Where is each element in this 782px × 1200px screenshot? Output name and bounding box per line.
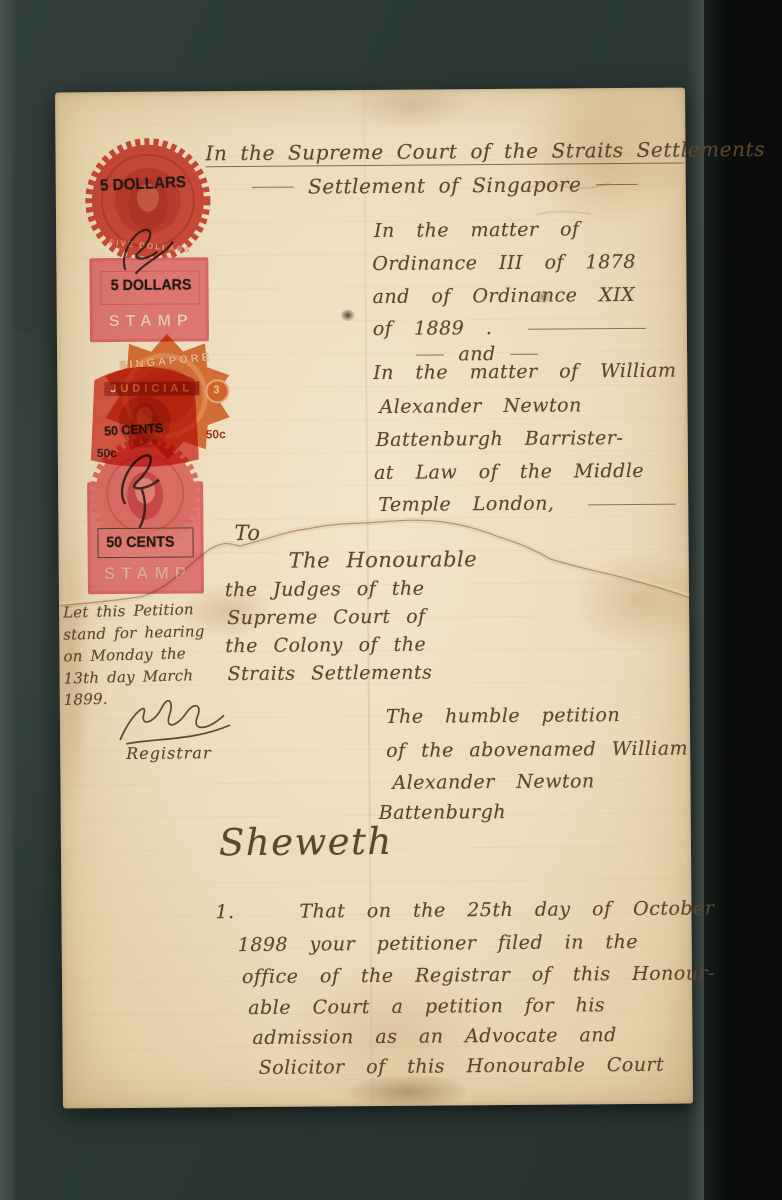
stamp-circle-number: 3	[213, 384, 219, 396]
matter1-line-3: and of Ordinance XIX	[373, 284, 636, 308]
para1-line-2: 1898 your petitioner filed in the	[238, 931, 639, 956]
ink-dash	[416, 354, 444, 355]
stamp-value-right: 50c	[206, 427, 226, 441]
matter2-line-5: Temple London,	[378, 492, 676, 516]
matter2-line-4: at Law of the Middle	[374, 460, 644, 484]
address-line-3: Supreme Court of	[227, 606, 426, 630]
stamp-overprint-50-cents-2: 50 CENTS	[106, 534, 174, 552]
margin-note-line-2: stand for hearing	[63, 622, 205, 644]
matter2-line-1: In the matter of William	[373, 360, 676, 384]
registrar-label: Registrar	[126, 743, 212, 763]
ink-rule-long	[528, 327, 646, 329]
margin-note-line-1: Let this Petition	[63, 600, 194, 621]
stamp-panel-label: STAMP	[109, 312, 194, 331]
title-line-2-text: Settlement of Singapore	[308, 172, 582, 198]
address-line-1: The Honourable	[289, 547, 478, 572]
para1-number: 1.	[215, 901, 234, 923]
ink-dash	[510, 353, 538, 354]
address-line-2: the Judges of the	[225, 578, 425, 602]
matter2-line-3: Battenburgh Barrister-	[376, 427, 624, 451]
to-word: To	[234, 521, 260, 545]
address-line-4: the Colony of the	[225, 634, 426, 658]
document-page: SINGAPORE 3 50c FIVE DOLLARS 5 DOLLARS 5…	[55, 88, 693, 1109]
petition-line-2: of the abovenamed William	[386, 738, 688, 762]
stamp-judicial-band: JUDICIAL	[104, 381, 199, 396]
matter1-line-4: of 1889 .	[373, 316, 646, 340]
para1-line-5: admission as an Advocate and	[252, 1024, 616, 1049]
margin-note-line-3: on Monday the	[63, 644, 186, 665]
petition-line-1: The humble petition	[386, 704, 620, 728]
para1-line-3: office of the Registrar of this Honour-	[242, 962, 715, 988]
title-line-1: In the Supreme Court of the Straits Sett…	[205, 138, 683, 168]
matter1-line-4-text: of 1889 .	[373, 317, 493, 340]
stamp-panel-label-2: STAMP	[104, 563, 192, 584]
stamp-cancel-signature-2	[105, 443, 186, 534]
matter2-line-5-text: Temple London,	[378, 493, 554, 516]
para1-line-6: Solicitor of this Honourable Court	[259, 1054, 665, 1079]
album-black-band	[704, 0, 782, 1200]
margin-note-line-5: 1899.	[64, 690, 108, 709]
stamp-five-dollars: FIVE DOLLARS 5 DOLLARS 5 DOLLARS STAMP	[84, 137, 213, 342]
ink-dash	[595, 183, 637, 184]
stamp-fifty-cents: 50 CENTS STAMP	[87, 441, 204, 594]
ink-rule-long	[588, 503, 676, 505]
matter1-line-2: Ordinance III of 1878	[372, 251, 636, 275]
matter1-line-1: In the matter of	[374, 218, 580, 242]
stamp-overprint-5-dollars: 5 DOLLARS	[100, 174, 187, 196]
margin-note-line-4: 13th day March	[63, 666, 193, 687]
petition-line-4: Battenburgh	[379, 801, 507, 824]
matter2-line-2: Alexander Newton	[379, 394, 581, 418]
stamp-cancel-signature-1	[111, 221, 186, 288]
sheweth-heading: Sheweth	[219, 820, 393, 864]
para1-line-1: That on the 25th day of October	[299, 897, 714, 922]
petition-line-3: Alexander Newton	[392, 770, 594, 794]
ink-dash	[252, 186, 294, 187]
para1-line-4: able Court a petition for his	[248, 994, 605, 1019]
photo-backdrop: SINGAPORE 3 50c FIVE DOLLARS 5 DOLLARS 5…	[0, 0, 782, 1200]
title-line-2: Settlement of Singapore	[206, 172, 684, 200]
address-line-5: Straits Settlements	[228, 662, 433, 686]
mat-left-edge	[0, 0, 16, 1200]
